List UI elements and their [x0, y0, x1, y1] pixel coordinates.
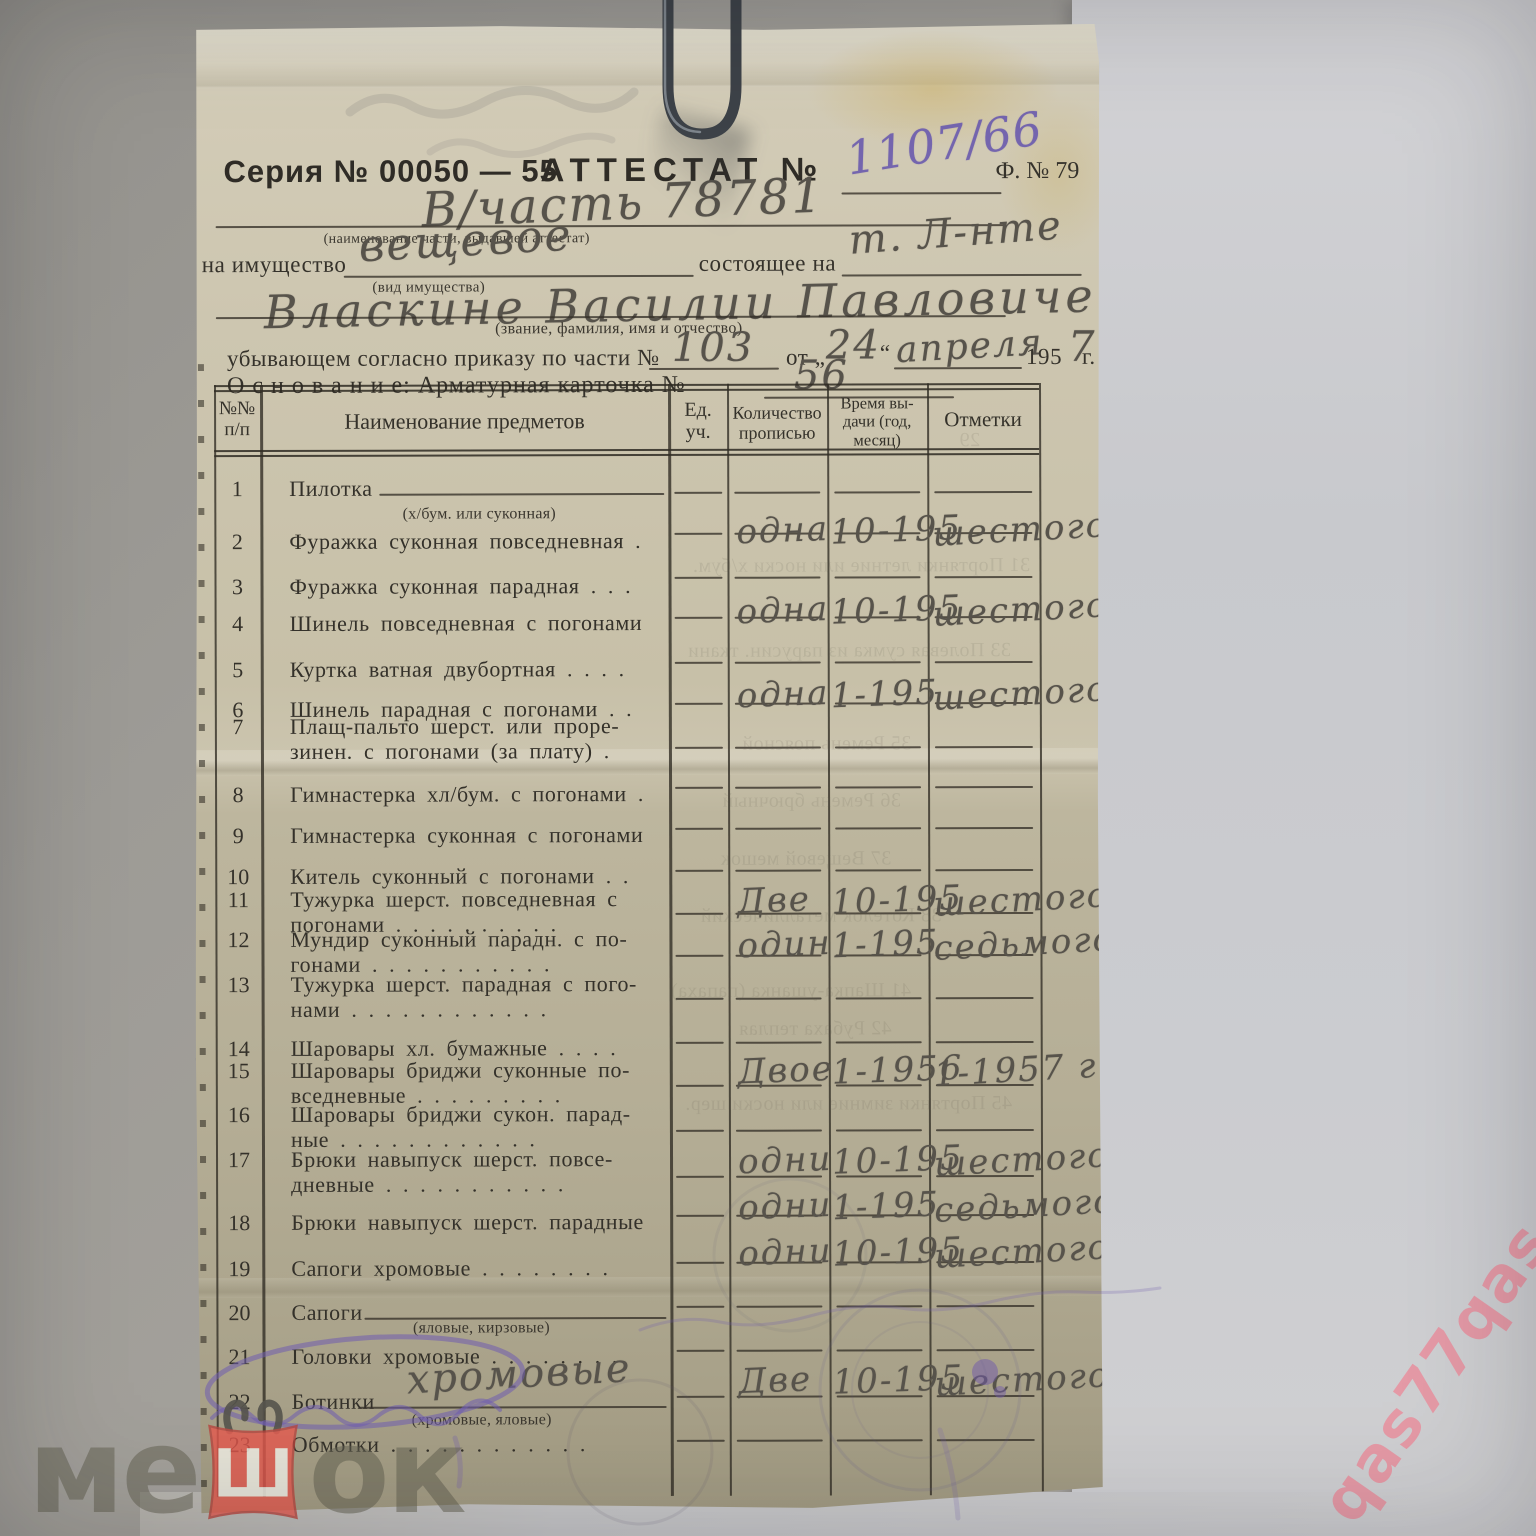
entry-quantity-handwritten: одна — [736, 673, 830, 716]
row-item-name: Гимнастерка суконная с погонами — [290, 822, 674, 848]
row-item-subcaption: (яловые, кирзовые) — [291, 1319, 671, 1338]
entry-mark-handwritten: шестого — [934, 1355, 1112, 1405]
row-item-name: Плащ-пальто шерст. или проре- зинен. с п… — [290, 713, 674, 764]
cell-underline — [935, 786, 1033, 788]
cell-underline — [677, 1440, 725, 1442]
cell-underline — [937, 1439, 1035, 1441]
col-header-qty: Количество прописью — [727, 403, 827, 444]
ghost-line: 35 Ремень поясной — [742, 732, 911, 755]
entry-quantity-handwritten: Две — [738, 1359, 813, 1402]
cell-underline — [675, 787, 723, 789]
cell-underline — [675, 828, 723, 830]
cell-underline — [736, 1130, 822, 1132]
row-item-name: Сапоги хромовые . . . . . . . . — [291, 1255, 675, 1281]
cell-underline — [676, 1215, 724, 1217]
cell-underline — [674, 533, 722, 535]
cell-underline — [837, 1349, 923, 1351]
row-number: 12 — [217, 927, 259, 953]
order-quote-close: “ — [880, 340, 891, 366]
row-number: 3 — [216, 574, 258, 600]
row-number: 8 — [217, 782, 259, 808]
entry-mark-handwritten: шестого — [932, 669, 1110, 719]
entry-quantity-handwritten: одна — [736, 589, 830, 632]
order-number-handwritten: 103 — [672, 325, 754, 371]
entry-mark-handwritten: седьмого — [933, 1181, 1116, 1231]
row-item-name: Обмотки . . . . . . . . . . . . — [292, 1431, 676, 1457]
basis-number-handwritten: 56 — [794, 352, 849, 398]
row-item-name: Шаровары бриджи сукон. парад- ные . . . … — [291, 1101, 675, 1152]
ghost-line: 29 — [959, 429, 980, 452]
background-paper-sheet — [1072, 0, 1536, 1536]
cell-underline — [737, 1440, 823, 1442]
row-number: 2 — [216, 529, 258, 555]
order-year-printed: 195 — [1026, 344, 1062, 370]
cell-underline — [936, 1129, 1034, 1131]
cell-underline — [676, 1085, 724, 1087]
col-header-time: Время вы- дачи (год, месяц) — [827, 394, 927, 450]
col-header-num: №№ п/п — [214, 398, 260, 441]
cell-underline — [934, 491, 1032, 493]
photo-scene: Серия № 00050 — 55 АТТЕСТАТ № 1107/66 Ф.… — [0, 0, 1536, 1536]
entry-mark-handwritten: седьмого — [932, 919, 1115, 969]
row-item-subcaption: (хромовые, яловые) — [292, 1411, 672, 1430]
entry-time-handwritten: 1-195 — [830, 672, 939, 716]
row-number: 23 — [219, 1432, 261, 1458]
row-number: 15 — [218, 1058, 260, 1084]
cell-underline — [837, 1439, 923, 1441]
ghost-line: 45 Портянки зимние или носки шер. — [685, 1092, 1012, 1116]
cell-underline — [736, 1042, 822, 1044]
perforation-edge — [198, 364, 207, 1494]
cell-underline — [836, 1041, 922, 1043]
row-number: 20 — [218, 1300, 260, 1326]
row-number: 1 — [216, 476, 258, 502]
cell-underline — [675, 955, 723, 957]
cell-underline — [675, 703, 723, 705]
entry-mark-handwritten: 1-1957 г. — [933, 1045, 1111, 1095]
entry-mark-handwritten: шестого — [933, 1227, 1111, 1277]
cell-underline — [674, 492, 722, 494]
cell-underline — [677, 1350, 725, 1352]
row-number: 7 — [217, 714, 259, 740]
cell-underline — [675, 617, 723, 619]
row-number: 9 — [217, 823, 259, 849]
entry-quantity-handwritten: одни — [737, 1185, 833, 1229]
row-number: 5 — [217, 657, 259, 683]
held-by-label: состоящее на — [699, 251, 837, 277]
entry-quantity-handwritten: одни — [738, 1231, 834, 1275]
order-month-handwritten: апреля — [895, 322, 1045, 371]
ghost-line: 33 Полевая сумка из парусин. ткани — [687, 639, 1010, 663]
row-number: 4 — [217, 611, 259, 637]
cell-underline — [937, 1349, 1035, 1351]
row-item-name: Мундир суконный парадн. с по- гонами . .… — [290, 926, 674, 977]
row-item-name: Фуражка суконная повседневная . — [289, 528, 673, 554]
cell-underline — [676, 1306, 724, 1308]
property-type-handwritten: вещевое — [357, 210, 573, 273]
entry-mark-handwritten: шестого — [932, 875, 1110, 925]
cell-underline — [835, 827, 921, 829]
ghost-line: 31 Портянки летние или носки х/бум. — [693, 554, 1031, 578]
property-label: на имущество — [202, 252, 347, 278]
ghost-line: 36 Ремень брючный — [722, 789, 901, 812]
col-header-marks: Отметки — [927, 408, 1039, 432]
entry-quantity-handwritten: Двое — [737, 1049, 834, 1093]
cell-underline — [676, 1262, 724, 1264]
cell-underline — [936, 997, 1034, 999]
cell-underline — [736, 1306, 822, 1308]
row-item-name: Куртка ватная двубортная . . . . — [290, 656, 674, 682]
cell-underline — [735, 787, 821, 789]
row-number: 22 — [219, 1389, 261, 1415]
row-number: 16 — [218, 1102, 260, 1128]
row-item-name: Пилотка — [289, 475, 673, 501]
row-number: 11 — [217, 887, 259, 913]
entry-quantity-handwritten: одна — [736, 509, 830, 552]
entry-mark-handwritten: шестого — [933, 1135, 1111, 1185]
attestat-document: Серия № 00050 — 55 АТТЕСТАТ № 1107/66 Ф.… — [193, 24, 1103, 1513]
cell-underline — [676, 1176, 724, 1178]
cell-underline — [677, 1396, 725, 1398]
cell-underline — [676, 1042, 724, 1044]
entry-mark-handwritten: шестого — [932, 585, 1110, 635]
row-item-name: Брюки навыпуск шерст. повсе- дневные . .… — [291, 1146, 675, 1197]
row-item-name: Шинель повседневная с погонами — [290, 610, 674, 636]
row-number: 13 — [218, 972, 260, 998]
entry-quantity-handwritten: одни — [737, 1139, 833, 1183]
cell-underline — [734, 492, 820, 494]
ghost-line: 38 Котелок металлический — [700, 904, 941, 928]
cell-underline — [936, 1041, 1034, 1043]
row-number: 21 — [219, 1344, 261, 1370]
cell-underline — [935, 827, 1033, 829]
row-number: 17 — [218, 1147, 260, 1173]
row-number: 18 — [218, 1210, 260, 1236]
ghost-line: 41 Шапка-ушанка (папаха) — [671, 979, 912, 1003]
cell-underline — [835, 786, 921, 788]
entry-time-handwritten: 1-195 — [831, 922, 940, 966]
row-item-name: Брюки навыпуск шерст. парадные — [291, 1209, 675, 1235]
cell-underline — [935, 869, 1033, 871]
col-header-name: Наименование предметов — [261, 409, 668, 435]
row-item-name: Гимнастерка хл/бум. с погонами . — [290, 781, 674, 807]
ghost-line: 42 Рубаха теплая — [739, 1017, 892, 1040]
order-year-suffix: г. — [1082, 344, 1096, 370]
paperclip — [640, 0, 760, 158]
entry-time-handwritten: 1-195 — [831, 1184, 940, 1228]
cell-underline — [675, 747, 723, 749]
cell-underline — [675, 870, 723, 872]
entry-mark-handwritten: шестого — [931, 505, 1109, 555]
cell-underline — [834, 491, 920, 493]
row-item-name: Китель суконный с погонами . . — [290, 863, 674, 889]
form-number: Ф. № 79 — [995, 158, 1079, 185]
cell-underline — [836, 1305, 922, 1307]
cell-underline — [735, 828, 821, 830]
cell-underline — [836, 1129, 922, 1131]
row-item-subcaption: (х/бум. или суконная) — [289, 505, 669, 524]
ghost-line: 37 Вещевой мешок — [720, 847, 891, 870]
cell-underline — [737, 1350, 823, 1352]
entry-quantity-handwritten: один — [737, 923, 833, 967]
row-number: 19 — [218, 1256, 260, 1282]
row-item-name: Фуражка суконная парадная . . . — [289, 573, 673, 599]
col-header-unit: Ед. уч. — [669, 399, 727, 444]
row-item-name: Тужурка шерст. парадная с пого- нами . .… — [291, 971, 675, 1022]
cell-underline — [935, 746, 1033, 748]
cell-underline — [936, 1305, 1034, 1307]
order-label: убывающем согласно приказу по части № — [227, 345, 660, 372]
cell-underline — [676, 1130, 724, 1132]
